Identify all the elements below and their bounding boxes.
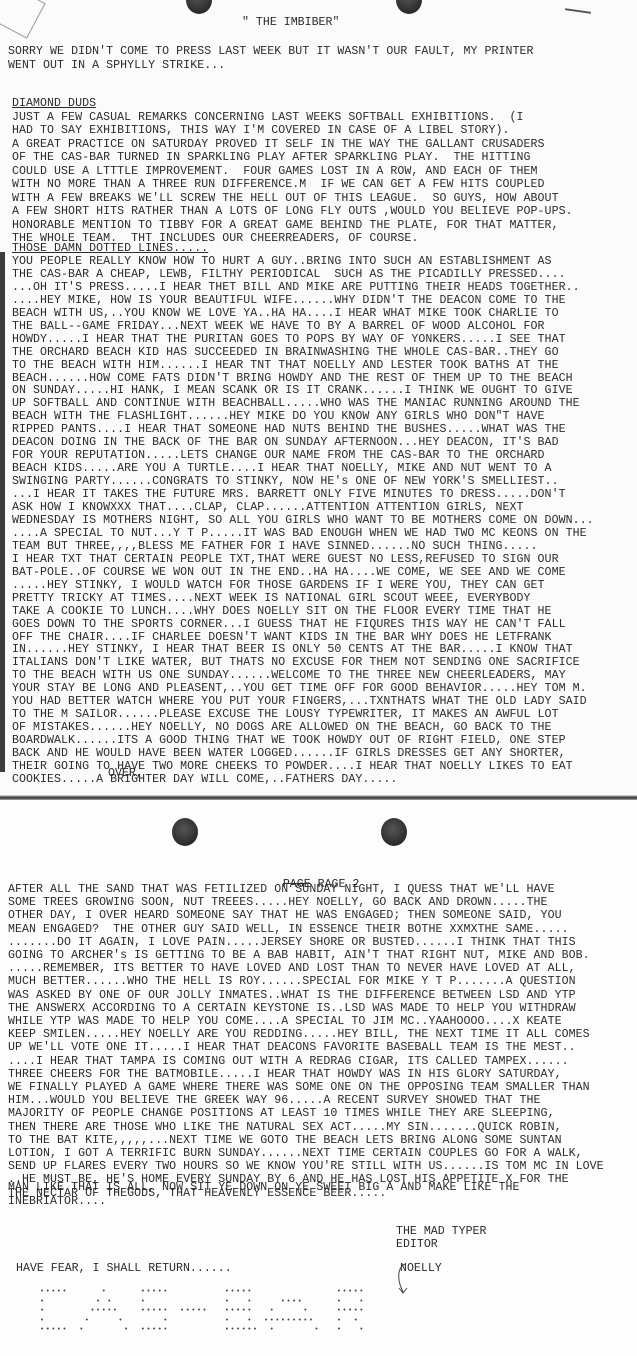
text-line: .......DO IT AGAIN, I LOVE PAIN.....JERS…	[8, 936, 633, 949]
text-line: .....HEY STINKY, I WOULD WATCH FOR THOSE…	[12, 579, 633, 592]
text-line: JUST A FEW CASUAL REMARKS CONCERNING LAS…	[12, 111, 633, 124]
text-line: MAN LIKE THAT IS ALL, NOW SIT YE DOWN ON…	[8, 1181, 633, 1194]
text-line: TO THE BEACH WITH US ONE SUNDAY......WEL…	[12, 669, 633, 682]
text-line: WE FINALLY PLAYED A GAME WHERE THERE WAS…	[8, 1081, 633, 1094]
text-line: BOARDWALK......ITS A GOOD THING THAT WE …	[12, 734, 633, 747]
text-line: ....I HEAR THAT TAMPA IS COMING OUT WITH…	[8, 1055, 633, 1068]
page-edge-shadow	[0, 252, 5, 772]
text-line: WITH NO MORE THAN A THREE RUN DIFFERENCE…	[12, 178, 633, 191]
text-line: MEAN ENGAGED? THE OTHER GUY SAID WELL, I…	[8, 923, 633, 936]
text-line: OTHER DAY, I OVER HEARD SOMEONE SAY THAT…	[8, 909, 633, 922]
text-line: WITH A FEW BREAKS WE'LL SCREW THE HELL O…	[12, 192, 633, 205]
text-line: MAJORITY OF PEOPLE CHANGE POSITIONS AT L…	[8, 1107, 633, 1120]
text-line: BEACH WITH THE FLASHLIGHT......HEY MIKE …	[12, 410, 633, 423]
text-line: THE ANSWERX ACCORDING TO A CERTAIN KEYST…	[8, 1002, 633, 1015]
text-line: THE BALL--GAME FRIDAY...NEXT WEEK WE HAV…	[12, 320, 633, 333]
text-line: UP WE'LL VOTE ONE IT.....I HEAR THAT DEA…	[8, 1041, 633, 1054]
text-line: TO THE BEACH WITH HIM......I HEAR TNT TH…	[12, 359, 633, 372]
text-line: IN......HEY STINKY, I HEAR THAT BEER IS …	[12, 643, 633, 656]
text-line: HAD TO SAY EXHIBITIONS, THIS WAY I'M COV…	[12, 124, 633, 137]
hole-punch	[172, 818, 198, 846]
text-line: BACK AND HE WOULD HAVE BEEN WATER LOGGED…	[12, 747, 633, 760]
text-line: YOU PEOPLE REALLY KNOW HOW TO HURT A GUY…	[12, 255, 633, 268]
text-line: YOU HAD BETTER WATCH WHERE YOU PUT YOUR …	[12, 695, 633, 708]
dot-art-row: • • • • • • •••• • •	[40, 1298, 365, 1308]
text-line: ....HEY MIKE, HOW IS YOUR BEAUTIFUL WIFE…	[12, 294, 633, 307]
text-line: I HEAR TXT THAT CERTAIN PEOPLE TXT,THAT …	[12, 553, 633, 566]
text-line: OF MISTAKES......HEY NOELLY, NO DOGS ARE…	[12, 721, 633, 734]
dot-art-row: ••••• • ••••• ••••• •••••	[40, 1288, 365, 1298]
newsletter-title: " THE IMBIBER"	[242, 16, 339, 29]
text-line: GOING TO ARCHER's IS GETTING TO BE A BAB…	[8, 949, 633, 962]
text-line: ASK HOW I KNOWXXX THAT....CLAP, CLAP....…	[12, 501, 633, 514]
over-note: OVER,	[108, 767, 143, 780]
signature-line-2: EDITOR	[396, 1238, 438, 1251]
text-line: GOES DOWN TO THE SPORTS CORNER...I GUESS…	[12, 618, 633, 631]
text-line: FOR YOUR REPUTATION.....LETS CHANGE OUR …	[12, 449, 633, 462]
handwritten-arrow-icon	[395, 1262, 415, 1306]
text-line: BEACH KIDS.....ARE YOU A TURTLE....I HEA…	[12, 462, 633, 475]
text-line: THE ORCHARD BEACH KID HAS SUCCEEDED IN B…	[12, 346, 633, 359]
text-line: PRETTY TRICKY AT TIMES....NEXT WEEK IS N…	[12, 592, 633, 605]
newsletter-page-2: PAGE RAGE 2 AFTER ALL THE SAND THAT WAS …	[0, 800, 637, 1356]
hole-punch	[396, 0, 422, 14]
text-line: ....A SPECIAL TO NUT...Y T P.....IT WAS …	[12, 527, 633, 540]
text-line: WHILE YTP WAS MADE TO HELP YOU COME....A…	[8, 1015, 633, 1028]
text-line: MUCH BETTER......WHO THE HELL IS ROY....…	[8, 975, 633, 988]
text-line: TO THE M SAILOR......PLEASE EXCUSE THE L…	[12, 708, 633, 721]
dot-art-cas-bar: ••••• • ••••• ••••• •••••• • • • • • •••…	[40, 1288, 365, 1336]
hole-punch	[186, 0, 212, 14]
hole-punch	[381, 818, 407, 846]
text-line: HIM...WOULD YOU BELIEVE THE GREEK WAY 96…	[8, 1094, 633, 1107]
text-line: AFTER ALL THE SAND THAT WAS FETILIZED ON…	[8, 883, 633, 896]
text-line: A GREAT PRACTICE ON SATURDAY PROVED IT S…	[12, 138, 633, 151]
text-line: BEACH......HOW COME FATS DIDN'T BRING HO…	[12, 372, 633, 385]
section-heading: DIAMOND DUDS	[12, 97, 633, 110]
text-line: COULD USE A LTTTLE IMPROVEMENT. FOUR GAM…	[12, 165, 633, 178]
text-line: LOTION, I GOT A TERRIFIC BURN SUNDAY....…	[8, 1147, 633, 1160]
text-line: THEN THERE ARE THOSE WHO LIKE THE NATURA…	[8, 1121, 633, 1134]
text-line: .....REMEMBER, ITS BETTER TO HAVE LOVED …	[8, 962, 633, 975]
text-line: ...OH IT'S PRESS.....I HEAR THET BILL AN…	[12, 281, 633, 294]
pen-mark	[565, 8, 591, 14]
text-line: SOME TREES GROWING SOON, NUT TREEES.....…	[8, 896, 633, 909]
dot-art-row: • • • • • • ••••••••• • •	[40, 1317, 365, 1327]
text-line: TAKE A COOKIE TO LUNCH....WHY DOES NOELL…	[12, 605, 633, 618]
dot-art-row: ••••• • • ••••• •••••• • • • •	[40, 1326, 365, 1336]
folded-corner-decoration	[0, 0, 46, 39]
text-line: OFF THE CHAIR....IF CHARLEE DOESN'T WANT…	[12, 631, 633, 644]
text-line: A FEW SHORT HITS RATHER THAN A LOTS OF L…	[12, 205, 633, 218]
text-line: ON SUNDAY.....HI HANK, I MEAN SCANK OR I…	[12, 384, 633, 397]
text-line: HOWDY.....I HEAR THAT THE PURITAN GOES T…	[12, 333, 633, 346]
text-line: SEND UP FLARES EVERY TWO HOURS SO WE KNO…	[8, 1160, 633, 1173]
text-line: THEIR GOING TO HAVE TWO MORE CHEEKS TO P…	[12, 760, 633, 773]
text-line: COOKIES.....A BRIGHTER DAY WILL COME,..F…	[12, 773, 633, 786]
text-line: UP SOFTBALL AND CONTINUE WITH BEACHBALL.…	[12, 397, 633, 410]
text-line: DEACON DOING IN THE BACK OF THE BAR ON S…	[12, 436, 633, 449]
section-heading: THOSE DAMN DOTTED LINES.....	[12, 242, 633, 255]
text-line: YOUR STAY BE LONG AND PLEASENT,..YOU GET…	[12, 682, 633, 695]
text-line: THREE CHEERS FOR THE BATMOBILE.....I HEA…	[8, 1068, 633, 1081]
text-line: BEACH WITH US,..YOU KNOW WE LOVE YA..HA …	[12, 307, 633, 320]
text-line: WENT OUT IN A SPHYLLY STRIKE...	[8, 59, 633, 72]
text-line: RIPPED PANTS....I HEAR THAT SOMEONE HAD …	[12, 423, 633, 436]
signature-line-1: THE MAD TYPER	[396, 1225, 486, 1238]
text-line: SORRY WE DIDN'T COME TO PRESS LAST WEEK …	[8, 45, 633, 58]
text-line: SWINGING PARTY......CONGRATS TO STINKY, …	[12, 475, 633, 488]
text-line: OF THE CAS-BAR TURNED IN SPARKLING PLAY …	[12, 151, 633, 164]
text-line: KEEP SMILEN.....HEY NOELLY ARE YOU REDDI…	[8, 1028, 633, 1041]
text-line: WAS ASKED BY ONE OF OUR JOLLY INMATES..W…	[8, 989, 633, 1002]
text-line: BAT-POLE..OF COURSE WE WON OUT IN THE EN…	[12, 566, 633, 579]
newsletter-page-1: " THE IMBIBER" SORRY WE DIDN'T COME TO P…	[0, 0, 637, 796]
text-line: WEDNESDAY IS MOTHERS NIGHT, SO ALL YOU G…	[12, 514, 633, 527]
text-line: ...I HEAR IT TAKES THE FUTURE MRS. BARRE…	[12, 488, 633, 501]
text-line: THE CAS-BAR A CHEAP, LEWB, FILTHY PERIOD…	[12, 268, 633, 281]
text-line: TEAM BUT THREE,,,,BLESS ME FATHER FOR I …	[12, 540, 633, 553]
text-line: TO THE BAT KITE,,,,,...NEXT TIME WE GOTO…	[8, 1134, 633, 1147]
text-line: ITALIANS DON'T LIKE WATER, BUT THATS NO …	[12, 656, 633, 669]
text-line: HONORABLE MENTION TO TIBBY FOR A GREAT G…	[12, 219, 633, 232]
dot-art-row: • ••••• ••••• ••••• ••••• • • •••••	[40, 1307, 365, 1317]
sign-off: HAVE FEAR, I SHALL RETURN......	[16, 1262, 232, 1275]
text-line: INEBRIATOR....	[8, 1195, 633, 1208]
